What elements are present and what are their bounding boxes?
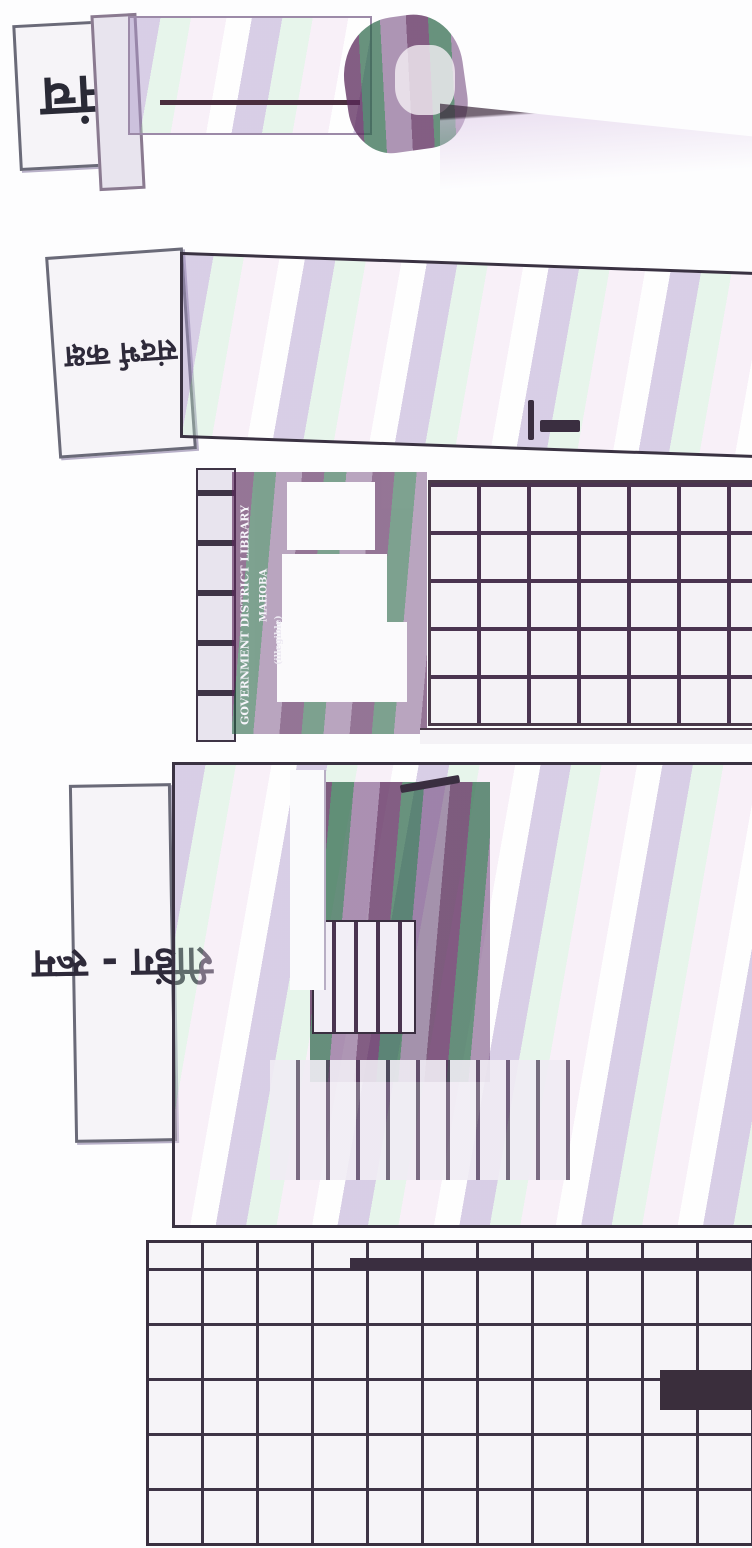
portrait-frame-rod: [160, 100, 360, 105]
upper-window-grille: [428, 480, 752, 726]
library-board-line1: GOVERNMENT DISTRICT LIBRARY: [236, 490, 254, 740]
library-board-frame: [196, 468, 236, 742]
board-blank-panel-2: [282, 554, 387, 624]
portrait-frame: [128, 16, 372, 135]
door-bolt-icon: [540, 420, 580, 432]
board-blank-panel-3: [277, 622, 407, 702]
grille-dark-panel: [660, 1370, 752, 1410]
reference-room-sign: संदर्भ कक्ष: [45, 247, 197, 458]
door-latch-icon: [528, 400, 534, 440]
grille-dark-band: [350, 1258, 752, 1270]
reading-room-sign: रीडिंग - रूम: [69, 783, 177, 1143]
library-board-line3: (illegible): [272, 540, 286, 740]
library-board-line2: MAHOBA: [256, 560, 272, 630]
board-blank-panel-1: [287, 482, 375, 550]
bookshelf: [312, 920, 416, 1034]
doorway-pillar: [290, 770, 326, 990]
interior-steps: [270, 1060, 570, 1180]
reference-room-door: [180, 252, 752, 458]
portrait-shoulder: [440, 104, 752, 227]
wall-ledge: [420, 728, 752, 744]
